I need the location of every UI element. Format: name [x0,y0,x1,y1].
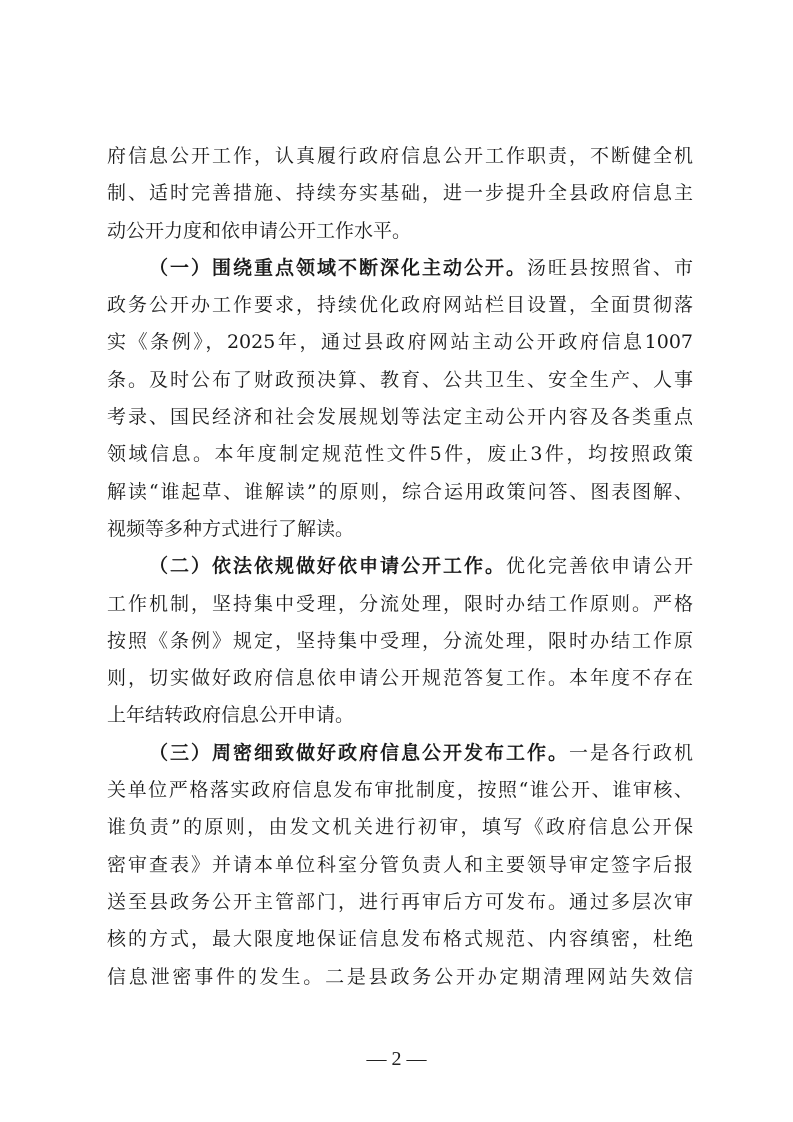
document-page: 府信息公开工作，认真履行政府信息公开工作职责，不断健全机 制、适时完善措施、持续… [0,0,793,1122]
text-line: 解读“谁起草、谁解读”的原则，综合运用政策问答、图表图解、 [107,474,693,511]
text-line: 制、适时完善措施、持续夯实基础，进一步提升全县政府信息主 [107,175,693,212]
text-line: 实《条例》，2025年，通过县政府网站主动公开政府信息1007 [107,324,693,361]
text-fragment: 汤旺县按照省、市 [527,257,693,279]
text-line: 信息泄密事件的发生。二是县政务公开办定期清理网站失效信 [107,959,693,996]
text-line: 视频等多种方式进行了解读。 [107,511,693,548]
text-fragment: 优化完善依申请公开 [506,555,693,577]
text-fragment: 一是各行政机 [569,742,693,764]
text-line: 核的方式，最大限度地保证信息发布格式规范、内容缜密，杜绝 [107,921,693,958]
text-line: 政务公开办工作要求，持续优化政府网站栏目设置，全面贯彻落 [107,287,693,324]
section-3-first-line: （三）周密细致做好政府信息公开发布工作。一是各行政机 [107,735,693,772]
section-1-heading: （一）围绕重点领域不断深化主动公开。 [149,257,527,279]
text-line: 府信息公开工作，认真履行政府信息公开工作职责，不断健全机 [107,138,693,175]
section-2-first-line: （二）依法依规做好依申请公开工作。优化完善依申请公开 [107,548,693,585]
text-line: 工作机制，坚持集中受理，分流处理，限时办结工作原则。严格 [107,586,693,623]
text-line: 动公开力度和依申请公开工作水平。 [107,213,693,250]
section-3-heading: （三）周密细致做好政府信息公开发布工作。 [149,742,569,764]
text-line: 送至县政务公开主管部门，进行再审后方可发布。通过多层次审 [107,884,693,921]
text-line: 密审查表》并请本单位科室分管负责人和主要领导审定签字后报 [107,847,693,884]
body-text: 府信息公开工作，认真履行政府信息公开工作职责，不断健全机 制、适时完善措施、持续… [107,138,693,996]
text-line: 关单位严格落实政府信息发布审批制度，按照“谁公开、谁审核、 [107,772,693,809]
text-line: 领域信息。本年度制定规范性文件5件，废止3件，均按照政策 [107,436,693,473]
text-line: 则，切实做好政府信息依申请公开规范答复工作。本年度不存在 [107,660,693,697]
section-2-heading: （二）依法依规做好依申请公开工作。 [149,555,506,577]
text-line: 谁负责”的原则，由发文机关进行初审，填写《政府信息公开保 [107,809,693,846]
text-line: 上年结转政府信息公开申请。 [107,697,693,734]
text-line: 按照《条例》规定，坚持集中受理，分流处理，限时办结工作原 [107,623,693,660]
page-number: — 2 — [0,1048,793,1071]
text-line: 条。及时公布了财政预决算、教育、公共卫生、安全生产、人事 [107,362,693,399]
text-line: 考录、国民经济和社会发展规划等法定主动公开内容及各类重点 [107,399,693,436]
section-1-first-line: （一）围绕重点领域不断深化主动公开。汤旺县按照省、市 [107,250,693,287]
